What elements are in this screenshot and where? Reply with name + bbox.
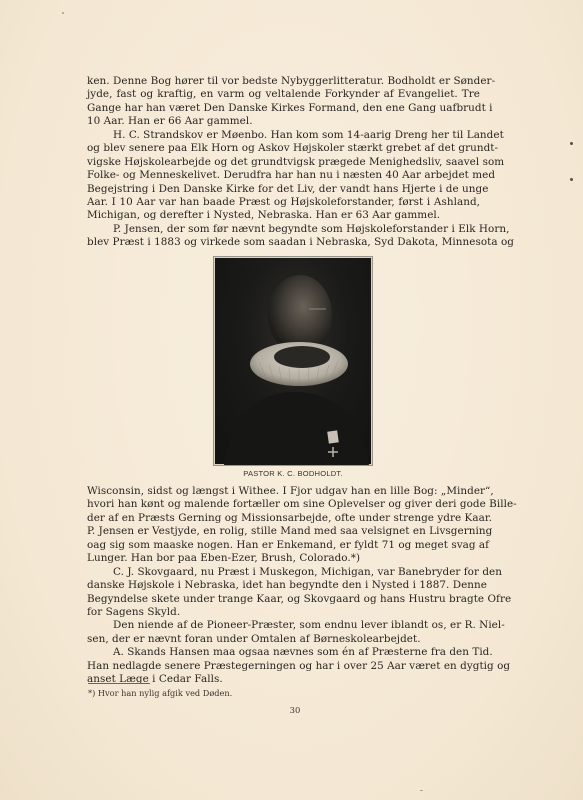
page-number: 30 xyxy=(280,705,310,715)
text-line: Begyndelse skete under trange Kaar, og S… xyxy=(87,593,480,606)
text-line: P. Jensen, der som før nævnt begyndte so… xyxy=(87,223,480,236)
scan-speck xyxy=(570,178,573,181)
text-line: A. Skands Hansen maa ogsaa nævnes som én… xyxy=(87,646,480,659)
text-line: Gange har han været Den Danske Kirkes Fo… xyxy=(87,102,480,115)
text-line: P. Jensen er Vestjyde, en rolig, stille … xyxy=(87,525,480,538)
text-line: der af en Præsts Gerning og Missionsarbe… xyxy=(87,512,480,525)
text-line: hvori han kønt og malende fortæller om s… xyxy=(87,498,480,511)
text-line: Han nedlagde senere Præstegerningen og h… xyxy=(87,660,480,673)
scanned-page: ken. Denne Bog hører til vor bedste Nyby… xyxy=(0,0,583,800)
text-line: for Sagens Skyld. xyxy=(87,606,480,619)
text-line: Folke- og Menneskelivet. Derudfra har ha… xyxy=(87,169,480,182)
text-line: jyde, fast og kraftig, en varm og veltal… xyxy=(87,88,480,101)
text-line: C. J. Skovgaard, nu Præst i Muskegon, Mi… xyxy=(87,566,480,579)
text-line: vigske Højskolearbejde og det grundtvigs… xyxy=(87,156,480,169)
text-line: ken. Denne Bog hører til vor bedste Nyby… xyxy=(87,75,480,88)
text-block-top: ken. Denne Bog hører til vor bedste Nyby… xyxy=(87,75,480,250)
text-line: danske Højskole i Nebraska, idet han beg… xyxy=(87,579,480,592)
text-line: anset Læge i Cedar Falls. xyxy=(87,673,480,686)
portrait-photo xyxy=(213,256,373,466)
footnote-rule xyxy=(88,683,150,684)
text-line: blev Præst i 1883 og virkede som saadan … xyxy=(87,236,480,249)
scan-speck xyxy=(420,790,423,791)
text-line: og blev senere paa Elk Horn og Askov Høj… xyxy=(87,142,480,155)
text-line: Den niende af de Pioneer-Præster, som en… xyxy=(87,619,480,632)
figure-caption: PASTOR K. C. BODHOLDT. xyxy=(213,469,373,478)
text-line: Aar. I 10 Aar var han baade Præst og Høj… xyxy=(87,196,480,209)
portrait-illustration xyxy=(214,257,372,465)
text-line: Michigan, og derefter i Nysted, Nebraska… xyxy=(87,209,480,222)
footnote: *) Hvor han nylig afgik ved Døden. xyxy=(88,688,232,698)
text-line: sen, der er nævnt foran under Omtalen af… xyxy=(87,633,480,646)
scan-speck xyxy=(62,12,64,14)
scan-speck xyxy=(570,142,573,145)
text-line: oag sig som maaske nogen. Han er Enkeman… xyxy=(87,539,480,552)
text-line: Wisconsin, sidst og længst i Withee. I F… xyxy=(87,485,480,498)
text-line: Lunger. Han bor paa Eben-Ezer, Brush, Co… xyxy=(87,552,480,565)
text-block-bottom: Wisconsin, sidst og længst i Withee. I F… xyxy=(87,485,480,687)
text-line: Begejstring i Den Danske Kirke for det L… xyxy=(87,183,480,196)
text-line: 10 Aar. Han er 66 Aar gammel. xyxy=(87,115,480,128)
text-line: H. C. Strandskov er Møenbo. Han kom som … xyxy=(87,129,480,142)
